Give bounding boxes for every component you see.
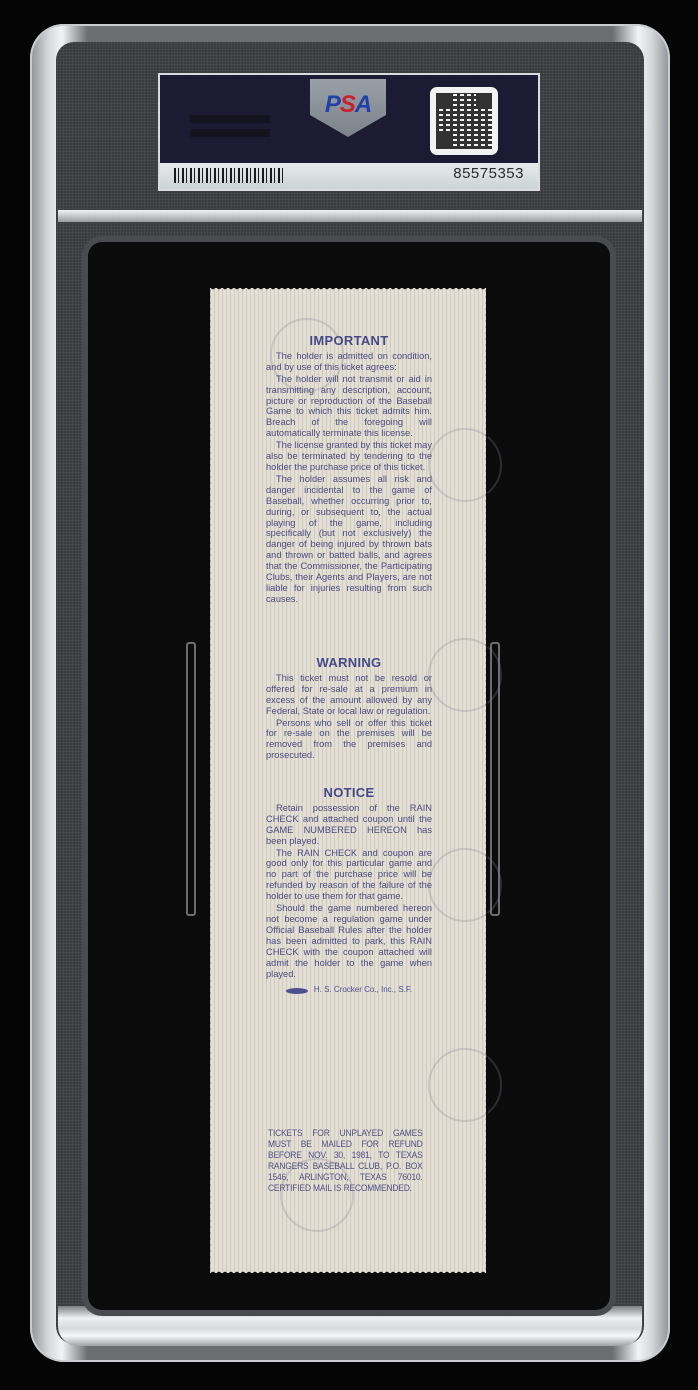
important-section: IMPORTANT The holder is admitted on cond… <box>266 336 432 606</box>
ticket-back: IMPORTANT The holder is admitted on cond… <box>210 288 486 1273</box>
important-heading: IMPORTANT <box>266 336 432 347</box>
perforated-edge <box>210 287 486 292</box>
psa-label: PSA 85575353 <box>158 73 540 191</box>
important-paragraph: The holder will not transmit or aid in t… <box>266 374 432 439</box>
printer-name: H. S. Crocker Co., Inc., S.F. <box>314 985 412 996</box>
notice-paragraph: Retain possession of the RAIN CHECK and … <box>266 803 432 847</box>
printer-credit: H. S. Crocker Co., Inc., S.F. <box>266 985 432 996</box>
perforated-edge <box>210 1269 486 1274</box>
notice-heading: NOTICE <box>266 788 432 799</box>
crocker-watermark-icon <box>428 428 502 502</box>
left-retainer-clip <box>186 642 196 916</box>
important-paragraph: The holder is admitted on condition, and… <box>266 351 432 373</box>
qr-code-icon[interactable] <box>430 87 498 155</box>
crocker-watermark-icon <box>428 848 502 922</box>
cert-number: 85575353 <box>453 165 524 182</box>
psa-logo: PSA <box>310 91 386 119</box>
warning-paragraph: Persons who sell or offer this ticket fo… <box>266 718 432 762</box>
important-paragraph: The license granted by this ticket may a… <box>266 440 432 473</box>
crocker-watermark-icon <box>428 1048 502 1122</box>
warning-heading: WARNING <box>266 658 432 669</box>
notice-paragraph: The RAIN CHECK and coupon are good only … <box>266 848 432 903</box>
label-description-text <box>190 115 270 123</box>
notice-paragraph: Should the game numbered hereon not beco… <box>266 903 432 979</box>
refund-notice: Tickets for unplayed games must be maile… <box>268 1128 423 1193</box>
important-paragraph: The holder assumes all risk and danger i… <box>266 474 432 605</box>
warning-paragraph: This ticket must not be resold or offere… <box>266 673 432 717</box>
notice-section: NOTICE Retain possession of the RAIN CHE… <box>266 788 432 996</box>
crocker-watermark-icon <box>428 638 502 712</box>
psa-logo-shield: PSA <box>310 79 386 137</box>
label-divider-rail <box>58 210 642 222</box>
label-barcode-strip: 85575353 <box>160 163 538 189</box>
slab-bottom-rail <box>58 1306 642 1346</box>
barcode-icon <box>174 168 284 183</box>
warning-section: WARNING This ticket must not be resold o… <box>266 658 432 762</box>
printer-logo-icon <box>286 988 308 994</box>
